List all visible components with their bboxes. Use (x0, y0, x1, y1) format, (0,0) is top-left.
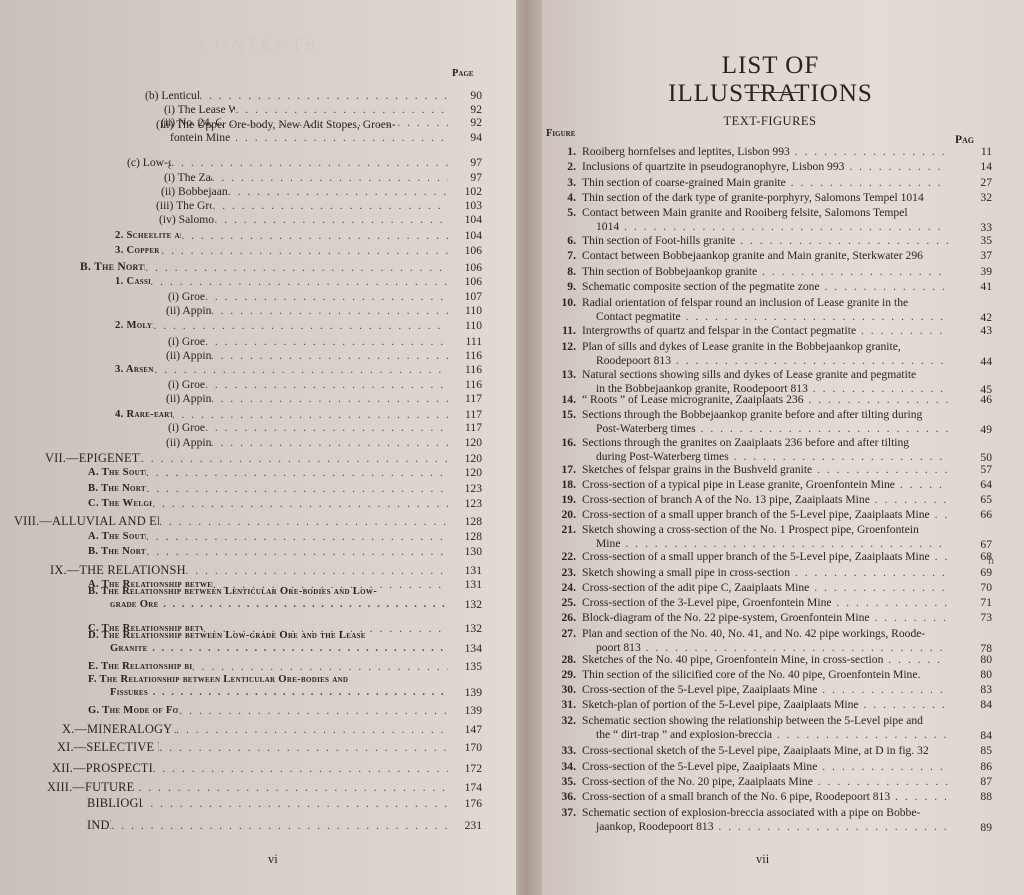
figure-page-number: 80 (958, 668, 992, 682)
figure-number: 23. (550, 566, 576, 580)
figure-page-number: 73 (958, 611, 992, 625)
figure-caption: Sketch showing a cross-section of the No… (582, 523, 948, 551)
figure-number: 13. (550, 368, 576, 382)
figure-list-item: 10.Radial orientation of felspar round a… (550, 296, 1000, 326)
toc-entry: XII.—PROSPECTING-METHODS . . . . . . . .… (52, 762, 482, 775)
leader-dots: . . . . . . . . . . . . . . . . . . . . … (150, 275, 448, 288)
leader-dots: . . . . . . . . . . . . . . . . . . . . … (228, 185, 448, 198)
figure-number: 31. (550, 698, 576, 712)
figure-list-item: 15.Sections through the Bobbejaankop gra… (550, 408, 1000, 438)
figure-list-item: 32.Schematic section showing the relatio… (550, 714, 1000, 744)
leader-dots: . . . . . . . . . . . . . . . . . . . . … (179, 704, 448, 717)
figure-page-number: 49 (958, 423, 992, 437)
figure-page-number: 69 (958, 566, 992, 580)
figure-caption: Sketch showing a small pipe in cross-sec… (582, 566, 948, 580)
figure-caption: Natural sections showing sills and dykes… (582, 368, 948, 396)
toc-page-number: 110 (448, 304, 482, 317)
toc-page-number: 104 (448, 213, 482, 226)
toc-entry: 3. Arsenopyrite . . . . . . . . . . . . … (115, 363, 482, 376)
toc-entry: B. The Northern Area . . . . . . . . . .… (88, 545, 482, 558)
figure-page-number: 44 (958, 355, 992, 369)
toc-page-number: 134 (448, 642, 482, 655)
figure-list-item: 17.Sketches of felspar grains in the Bus… (550, 463, 1000, 478)
toc-entry-label: 4. Rare-earth Minerals (115, 408, 172, 421)
leader-dots: . . . . . . . . . . . . . . . . . . . . … (154, 363, 448, 376)
figure-page-number: 84 (958, 729, 992, 743)
figure-page-number: 66 (958, 508, 992, 522)
figure-number: 26. (550, 611, 576, 625)
figure-list-item: 18.Cross-section of a typical pipe in Le… (550, 478, 1000, 493)
figure-page-number: 42 (958, 311, 992, 325)
figure-caption: Intergrowths of quartz and felspar in th… (582, 324, 948, 338)
leader-dots: . . . . . . . . . . . . . . . . . . . . … (138, 781, 448, 794)
toc-page-number: 90 (448, 89, 482, 102)
figure-caption: Cross-sectional sketch of the 5-Level pi… (582, 744, 948, 758)
figure-caption: Inclusions of quartzite in pseudogranoph… (582, 160, 948, 174)
page-column-label: Page (452, 68, 474, 79)
toc-entry-label: (i) Groenvley 610 (168, 378, 205, 391)
toc-entry-label: (i) Groenvley 610 (168, 421, 205, 434)
toc-entry-label: 3. Arsenopyrite (115, 363, 154, 376)
toc-page-number: 116 (448, 349, 482, 362)
figure-list-item: 2.Inclusions of quartzite in pseudograno… (550, 160, 1000, 175)
toc-page-number: 132 (448, 598, 482, 611)
toc-entry: 4. Rare-earth Minerals . . . . . . . . .… (115, 408, 482, 421)
toc-entry: D. The Relationship between Low-grade Or… (88, 629, 482, 655)
figure-caption: Thin section of Foot-hills granite . . .… (582, 234, 948, 248)
toc-entry: A. The Southern Area . . . . . . . . . .… (88, 466, 482, 479)
figure-caption: Schematic composite section of the pegma… (582, 280, 948, 294)
leader-dots: . . . . . . . . . . . . . . . . . . . . … (205, 335, 448, 348)
toc-entry-label: B. The Northern Area (80, 261, 145, 274)
toc-entry: X.—MINERALOGY AND PARAGENESIS . . . . . … (62, 723, 482, 736)
figure-caption: Block-diagram of the No. 22 pipe-system,… (582, 611, 948, 625)
figure-list-item: 34.Cross-section of the 5-Level pipe, Za… (550, 760, 1000, 775)
leader-dots: . . . . . . . . . . . . . . . . . . . . … (211, 436, 448, 449)
toc-page-number: 123 (448, 497, 482, 510)
toc-entry-label: (ii) Appingendam 469 (166, 349, 211, 362)
toc-entry: A. The Southern Area . . . . . . . . . .… (88, 530, 482, 543)
leader-dots: . . . . . . . . . . . . . . . . . . . . … (111, 819, 448, 832)
figure-number: 29. (550, 668, 576, 682)
figure-number: 20. (550, 508, 576, 522)
figure-list-item: 22.Cross-section of a small upper branch… (550, 550, 1000, 565)
leader-dots: . . . . . . . . . . . . . . . . . . . . … (146, 545, 448, 558)
toc-page-number: 106 (448, 261, 482, 274)
figure-caption: Plan and section of the No. 40, No. 41, … (582, 627, 948, 655)
figure-caption: Cross-section of the 3-Level pipe, Groen… (582, 596, 948, 610)
toc-entry: INDEX . . . . . . . . . . . . . . . . . … (87, 819, 482, 832)
figure-number: 17. (550, 463, 576, 477)
toc-entry: (c) Low-grade Ore . . . . . . . . . . . … (127, 156, 482, 169)
leader-dots: . . . . . . . . . . . . . . . . . . . . … (211, 304, 448, 317)
figure-number: 14. (550, 393, 576, 407)
left-page: CONTENTS Page (b) Lenticular Ore-bodies … (0, 0, 516, 895)
toc-page-number: 110 (448, 319, 482, 332)
title-rule (745, 92, 800, 93)
figure-page-number: 27 (958, 176, 992, 190)
figure-number: 9. (550, 280, 576, 294)
figure-number: 28. (550, 653, 576, 667)
toc-entry: C. The Welgelegen Area . . . . . . . . .… (88, 497, 482, 510)
figure-number: 21. (550, 523, 576, 537)
toc-entry: (i) Groenvley 610 . . . . . . . . . . . … (168, 378, 482, 391)
figure-page-number: 11 (958, 145, 992, 159)
toc-page-number: 120 (448, 436, 482, 449)
figure-list-item: 24.Cross-section of the adit pipe C, Zaa… (550, 581, 1000, 596)
leader-dots: . . . . . . . . . . . . . . . . . . . . … (212, 199, 448, 212)
figure-number: 15. (550, 408, 576, 422)
figure-list-item: 29.Thin section of the silicified core o… (550, 668, 1000, 683)
toc-page-number: 92 (448, 103, 482, 116)
toc-entry: F. The Relationship between Lenticular O… (88, 673, 482, 699)
figure-list-item: 35.Cross-section of the No. 20 pipe, Zaa… (550, 775, 1000, 790)
toc-page-number: 116 (448, 378, 482, 391)
figure-page-number: 83 (958, 683, 992, 697)
toc-entry: (iii) The Upper Ore-body, New Adit Stope… (156, 118, 482, 144)
toc-page-number: 139 (448, 704, 482, 717)
toc-entry-label: (ii) Appingendam 469 (166, 304, 211, 317)
toc-entry-label: XII.—PROSPECTING-METHODS (52, 762, 152, 775)
figure-list-item: 33.Cross-sectional sketch of the 5-Level… (550, 744, 1000, 759)
toc-page-number: 135 (448, 660, 482, 673)
toc-entry: E. The Relationship between Pipes and Fi… (88, 660, 482, 673)
leader-dots: . . . . . . . . . . . . . . . . . . . . … (211, 349, 448, 362)
figure-page-number: 65 (958, 493, 992, 507)
stray-mark: h (988, 553, 994, 568)
toc-entry-label: B. The Relationship between Lenticular O… (88, 585, 448, 611)
figure-number: 34. (550, 760, 576, 774)
figure-caption: Thin section of the dark type of granite… (582, 191, 948, 205)
toc-entry-label: (i) The Zaaiplaats Mine (164, 171, 212, 184)
figure-caption: Contact between Main granite and Rooiber… (582, 206, 948, 234)
figure-page-number: 43 (958, 324, 992, 338)
toc-entry: (iii) The Groenfontein Mine . . . . . . … (156, 199, 482, 212)
toc-page-number: 107 (448, 290, 482, 303)
toc-entry-label: 2. Molybdenite (115, 319, 153, 332)
toc-entry-label: (ii) Bobbejaankop, Roodepoort 813 (161, 185, 228, 198)
figure-page-number: 35 (958, 234, 992, 248)
figure-number: 4. (550, 191, 576, 205)
figure-caption: Schematic section of explosion-breccia a… (582, 806, 948, 834)
figure-caption: Sections through the granites on Zaaipla… (582, 436, 948, 464)
toc-page-number: 103 (448, 199, 482, 212)
toc-page-number: 172 (448, 762, 482, 775)
figure-caption: Cross-section of branch A of the No. 13 … (582, 493, 948, 507)
figure-list-item: 37.Schematic section of explosion-brecci… (550, 806, 1000, 836)
toc-entry: (ii) Appingendam 469 . . . . . . . . . .… (166, 436, 482, 449)
figure-number: 3. (550, 176, 576, 190)
toc-entry-label: (i) Groenvley 610 (168, 335, 205, 348)
figure-page-number: 70 (958, 581, 992, 595)
figure-page-number: 46 (958, 393, 992, 407)
toc-entry: B. The Northern Area . . . . . . . . . .… (80, 261, 482, 274)
toc-entry: BIBLIOGRAPHY . . . . . . . . . . . . . .… (87, 797, 482, 810)
figure-list-item: 19.Cross-section of branch A of the No. … (550, 493, 1000, 508)
figure-caption: Cross-section of the adit pipe C, Zaaipl… (582, 581, 948, 595)
figure-number: 1. (550, 145, 576, 159)
toc-entry-label: F. The Relationship between Lenticular O… (88, 673, 448, 699)
figure-list-item: 36.Cross-section of a small branch of th… (550, 790, 1000, 805)
toc-entry: (ii) Appingendam 469 . . . . . . . . . .… (166, 304, 482, 317)
figure-list-item: 12.Plan of sills and dykes of Lease gran… (550, 340, 1000, 370)
leader-dots: . . . . . . . . . . . . . . . . . . . . … (212, 171, 448, 184)
leader-dots: . . . . . . . . . . . . . . . . . . . . … (181, 229, 448, 242)
toc-page-number: 123 (448, 482, 482, 495)
figure-caption: Cross-section of a small branch of the N… (582, 790, 948, 804)
leader-dots: . . . . . . . . . . . . . . . . . . . . … (205, 290, 448, 303)
figure-number: 16. (550, 436, 576, 450)
leader-dots: . . . . . . . . . . . . . . . . . . . . … (159, 515, 448, 528)
toc-entry-label: X.—MINERALOGY AND PARAGENESIS (62, 723, 176, 736)
toc-entry: 3. Copper and Zinc . . . . . . . . . . .… (115, 244, 482, 257)
figure-page-number: 33 (958, 221, 992, 235)
leader-dots: . . . . . . . . . . . . . . . . . . . . … (185, 564, 448, 577)
figure-list-item: 23.Sketch showing a small pipe in cross-… (550, 566, 1000, 581)
figure-caption: Sketches of felspar grains in the Bushve… (582, 463, 948, 477)
figure-number: 10. (550, 296, 576, 310)
toc-entry-label: VII.—EPIGENETIC DEPOSITS (45, 452, 141, 465)
toc-entry-label: C. The Welgelegen Area (88, 497, 152, 510)
toc-page-number: 128 (448, 530, 482, 543)
toc-entry-label: XIII.—FUTURE PROSPECTS (47, 781, 138, 794)
toc-entry: 2. Scheelite and Wolframite . . . . . . … (115, 229, 482, 242)
figure-page-number: 71 (958, 596, 992, 610)
leader-dots: . . . . . . . . . . . . . . . . . . . . … (176, 723, 448, 736)
figure-list-item: 5.Contact between Main granite and Rooib… (550, 206, 1000, 236)
toc-entry-label: B. The Northern Area (88, 482, 146, 495)
leader-dots: . . . . . . . . . . . . . . . . . . . . … (141, 452, 448, 465)
figure-number: 30. (550, 683, 576, 697)
toc-entry: G. The Mode of Formation of the Pipes . … (88, 704, 482, 717)
toc-entry-label: B. The Northern Area (88, 545, 146, 558)
figure-list-item: 3.Thin section of coarse-grained Main gr… (550, 176, 1000, 191)
figure-caption: Thin section of the silicified core of t… (582, 668, 948, 682)
figure-caption: Thin section of Bobbejaankop granite . .… (582, 265, 948, 279)
figure-number: 2. (550, 160, 576, 174)
figure-list-item: 30.Cross-section of the 5-Level pipe, Za… (550, 683, 1000, 698)
toc-page-number: 102 (448, 185, 482, 198)
toc-entry-label: 2. Scheelite and Wolframite (115, 229, 181, 242)
toc-page-number: 117 (448, 392, 482, 405)
toc-page-number: 97 (448, 156, 482, 169)
leader-dots: . . . . . . . . . . . . . . . . . . . . … (146, 466, 448, 479)
toc-page-number: 106 (448, 275, 482, 288)
page-folio-left: vi (268, 852, 278, 867)
figure-number: 11. (550, 324, 576, 338)
figure-caption: Cross-section of a small upper branch of… (582, 550, 948, 564)
leader-dots: . . . . . . . . . . . . . . . . . . . . … (146, 482, 448, 495)
figure-list-item: 11.Intergrowths of quartz and felspar in… (550, 324, 1000, 339)
toc-entry-label: (c) Low-grade Ore (127, 156, 171, 169)
figure-list-item: 26.Block-diagram of the No. 22 pipe-syst… (550, 611, 1000, 626)
leader-dots: . . . . . . . . . . . . . . . . . . . . … (171, 156, 448, 169)
toc-page-number: 94 (448, 131, 482, 144)
leader-dots: . . . . . . . . . . . . . . . . . . . . … (205, 421, 448, 434)
figure-list-item: 21.Sketch showing a cross-section of the… (550, 523, 1000, 553)
toc-page-number: 116 (448, 363, 482, 376)
toc-entry: (i) The Lease Workings, Zaaiplaats 236 .… (164, 103, 482, 116)
toc-page-number: 174 (448, 781, 482, 794)
figure-list-item: 1.Rooiberg hornfelses and leptites, Lisb… (550, 145, 1000, 160)
toc-entry-label: IX.—THE RELATIONSHIPS OF THE ORE-BODIES (50, 564, 185, 577)
leader-dots: . . . . . . . . . . . . . . . . . . . . … (199, 89, 448, 102)
figure-number: 7. (550, 249, 576, 263)
leader-dots: . . . . . . . . . . . . . . . . . . . . … (152, 762, 448, 775)
page-folio-right: vii (756, 852, 769, 867)
toc-entry: (i) Groenvley 610 . . . . . . . . . . . … (168, 290, 482, 303)
toc-entry: XIII.—FUTURE PROSPECTS . . . . . . . . .… (47, 781, 482, 794)
leader-dots: . . . . . . . . . . . . . . . . . . . . … (235, 103, 448, 116)
toc-page-number: 111 (448, 335, 482, 348)
leader-dots: . . . . . . . . . . . . . . . . . . . . … (141, 797, 448, 810)
figure-number: 27. (550, 627, 576, 641)
toc-page-number: 117 (448, 421, 482, 434)
toc-entry-label: (i) Groenvley 610 (168, 290, 205, 303)
toc-entry: (b) Lenticular Ore-bodies . . . . . . . … (145, 89, 482, 102)
figure-number: 32. (550, 714, 576, 728)
figure-caption: Radial orientation of felspar round an i… (582, 296, 948, 324)
leader-dots: . . . . . . . . . . . . . . . . . . . . … (152, 497, 448, 510)
toc-entry-label: E. The Relationship between Pipes and Fi… (88, 660, 192, 673)
toc-page-number: 120 (448, 466, 482, 479)
toc-entry-label: (b) Lenticular Ore-bodies (145, 89, 199, 102)
toc-entry-label: (ii) Appingendam 469 (166, 392, 211, 405)
figure-caption: Sketch-plan of portion of the 5-Level pi… (582, 698, 948, 712)
figure-page-number: 64 (958, 478, 992, 492)
figure-page-number: 87 (958, 775, 992, 789)
leader-dots: . . . . . . . . . . . . . . . . . . . . … (205, 378, 448, 391)
toc-page-number: 139 (448, 686, 482, 699)
contents-ghost-heading: CONTENTS (200, 35, 318, 56)
figure-caption: Thin section of coarse-grained Main gran… (582, 176, 948, 190)
figure-page-number: 89 (958, 821, 992, 835)
figure-list-item: 6.Thin section of Foot-hills granite . .… (550, 234, 1000, 249)
toc-entry-label: (i) The Lease Workings, Zaaiplaats 236 (164, 103, 235, 116)
figure-page-number: 86 (958, 760, 992, 774)
toc-entry-label: A. The Southern Area (88, 466, 146, 479)
leader-dots: . . . . . . . . . . . . . . . . . . . . … (145, 261, 448, 274)
figure-number: 33. (550, 744, 576, 758)
figure-list-item: 7.Contact between Bobbejaankop granite a… (550, 249, 1000, 264)
figure-list-item: 28.Sketches of the No. 40 pipe, Groenfon… (550, 653, 1000, 668)
figure-page-number: 32 (958, 191, 992, 205)
toc-entry-label: (iii) The Upper Ore-body, New Adit Stope… (156, 118, 448, 144)
leader-dots: . . . . . . . . . . . . . . . . . . . . … (172, 408, 448, 421)
toc-entry-label: (iv) Salomons Tempel 1014 (159, 213, 214, 226)
figure-number: 8. (550, 265, 576, 279)
toc-page-number: 170 (448, 741, 482, 754)
toc-entry-label: G. The Mode of Formation of the Pipes (88, 704, 179, 717)
toc-entry-label: A. The Southern Area (88, 530, 146, 543)
section-subtitle: TEXT-FIGURES (720, 114, 820, 129)
figure-list-item: 8.Thin section of Bobbejaankop granite .… (550, 265, 1000, 280)
toc-entry: B. The Northern Area . . . . . . . . . .… (88, 482, 482, 495)
toc-entry-label: (iii) The Groenfontein Mine (156, 199, 212, 212)
figure-caption: Cross-section of the 5-Level pipe, Zaaip… (582, 760, 948, 774)
leader-dots: . . . . . . . . . . . . . . . . . . . . … (192, 660, 448, 673)
toc-entry: 2. Molybdenite . . . . . . . . . . . . .… (115, 319, 482, 332)
toc-page-number: 231 (448, 819, 482, 832)
page-title: LIST OF ILLUSTRATIONS (633, 52, 908, 108)
toc-page-number: 128 (448, 515, 482, 528)
leader-dots: . . . . . . . . . . . . . . . . . . . . … (159, 741, 448, 754)
figure-number: 22. (550, 550, 576, 564)
figure-page-number: 68 (958, 550, 992, 564)
toc-page-number: 120 (448, 452, 482, 465)
figure-caption: Rooiberg hornfelses and leptites, Lisbon… (582, 145, 948, 159)
figure-number: 25. (550, 596, 576, 610)
toc-entry: XI.—SELECTIVE REPLACEMENT . . . . . . . … (57, 741, 482, 754)
toc-entry: (i) The Zaaiplaats Mine . . . . . . . . … (164, 171, 482, 184)
book-gutter (516, 0, 542, 895)
figure-page-number: 37 (958, 249, 992, 263)
figure-number: 5. (550, 206, 576, 220)
figure-caption: Contact between Bobbejaankop granite and… (582, 249, 948, 263)
leader-dots: . . . . . . . . . . . . . . . . . . . . … (146, 530, 448, 543)
figure-page-number: 84 (958, 698, 992, 712)
toc-entry: (iv) Salomons Tempel 1014 . . . . . . . … (159, 213, 482, 226)
toc-page-number: 131 (448, 564, 482, 577)
toc-page-number: 106 (448, 244, 482, 257)
toc-entry-label: (ii) Appingendam 469 (166, 436, 211, 449)
figure-page-number: 85 (958, 744, 992, 758)
toc-entry: B. The Relationship between Lenticular O… (88, 585, 482, 611)
toc-entry: (ii) Bobbejaankop, Roodepoort 813 . . . … (161, 185, 482, 198)
toc-page-number: 176 (448, 797, 482, 810)
toc-page-number: 130 (448, 545, 482, 558)
figure-caption: Plan of sills and dykes of Lease granite… (582, 340, 948, 368)
figure-number: 19. (550, 493, 576, 507)
leader-dots: . . . . . . . . . . . . . . . . . . . . … (153, 319, 448, 332)
toc-entry-label: VIII.—ALLUVIAL AND ELUVIAL CASSITERITE (14, 515, 159, 528)
toc-entry-label: XI.—SELECTIVE REPLACEMENT (57, 741, 159, 754)
toc-entry: (i) Groenvley 610 . . . . . . . . . . . … (168, 421, 482, 434)
toc-entry-label: BIBLIOGRAPHY (87, 797, 141, 810)
figure-caption: Cross-section of the No. 20 pipe, Zaaipl… (582, 775, 948, 789)
figure-caption: Schematic section showing the relationsh… (582, 714, 948, 742)
figure-page-number: 14 (958, 160, 992, 174)
toc-entry: VIII.—ALLUVIAL AND ELUVIAL CASSITERITE .… (14, 515, 482, 528)
toc-page-number: 147 (448, 723, 482, 736)
figure-page-number: 41 (958, 280, 992, 294)
toc-entry: VII.—EPIGENETIC DEPOSITS . . . . . . . .… (45, 452, 482, 465)
figure-caption: Sections through the Bobbejaankop granit… (582, 408, 948, 436)
figure-caption: Cross-section of a small upper branch of… (582, 508, 948, 522)
figure-list-item: 4.Thin section of the dark type of grani… (550, 191, 1000, 206)
figure-number: 18. (550, 478, 576, 492)
toc-entry-label: D. The Relationship between Low-grade Or… (88, 629, 448, 655)
figure-number: 6. (550, 234, 576, 248)
toc-page-number: 117 (448, 408, 482, 421)
toc-entry: (ii) Appingendam 469 . . . . . . . . . .… (166, 349, 482, 362)
leader-dots: . . . . . . . . . . . . . . . . . . . . … (214, 213, 448, 226)
figure-caption: Cross-section of the 5-Level pipe, Zaaip… (582, 683, 948, 697)
figure-column-label: Figure (546, 128, 575, 139)
toc-entry: 1. Cassiterite . . . . . . . . . . . . .… (115, 275, 482, 288)
figure-list-item: 31.Sketch-plan of portion of the 5-Level… (550, 698, 1000, 713)
toc-entry: IX.—THE RELATIONSHIPS OF THE ORE-BODIES … (50, 564, 482, 577)
toc-entry: (i) Groenvley 610 . . . . . . . . . . . … (168, 335, 482, 348)
figure-list-item: 25.Cross-section of the 3-Level pipe, Gr… (550, 596, 1000, 611)
figure-caption: Sketches of the No. 40 pipe, Groenfontei… (582, 653, 948, 667)
figure-list-item: 14.“ Roots ” of Lease microgranite, Zaai… (550, 393, 1000, 408)
figure-number: 37. (550, 806, 576, 820)
figure-page-number: 88 (958, 790, 992, 804)
figure-page-number: 57 (958, 463, 992, 477)
toc-page-number: 104 (448, 229, 482, 242)
figure-number: 24. (550, 581, 576, 595)
